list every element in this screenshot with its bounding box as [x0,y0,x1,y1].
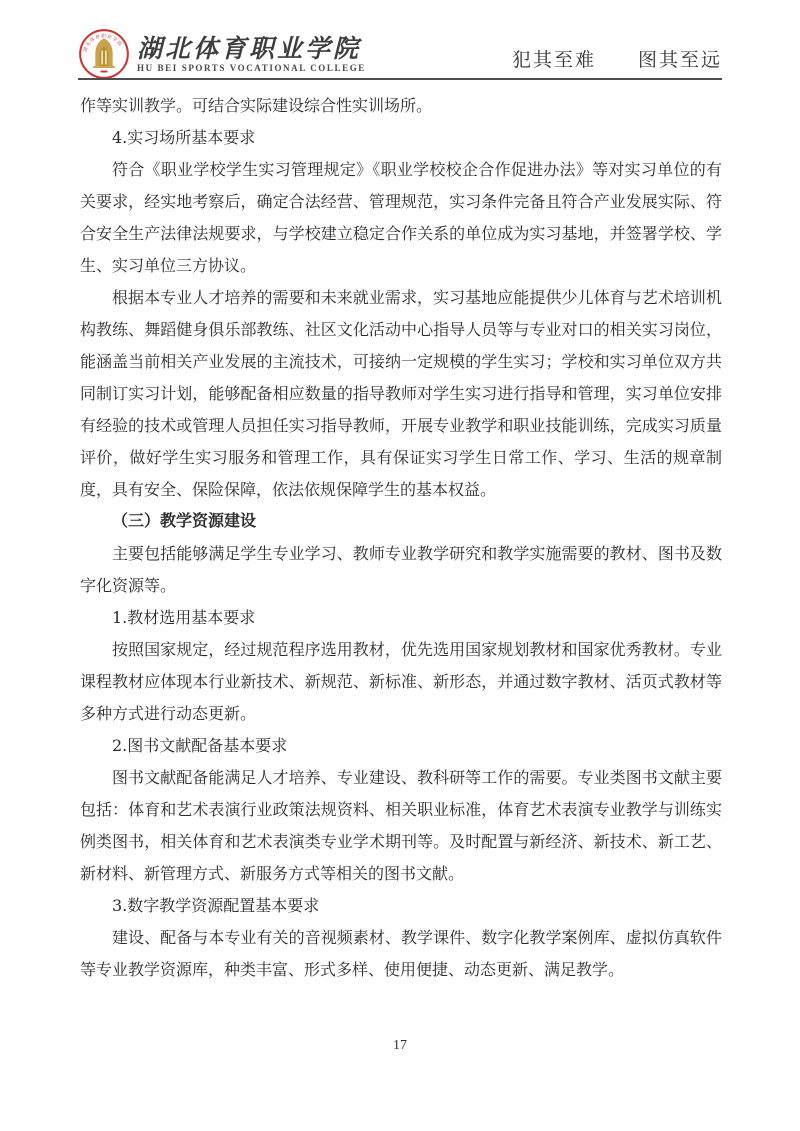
college-title-block: 湖北体育职业学院 HU BEI SPORTS VOCATIONAL COLLEG… [137,35,366,73]
paragraph-paragraph: 符合《职业学校学生实习管理规定》《职业学校校企合作促进办法》等对实习单位的有关要… [80,154,722,282]
page-header: 湖北体育职业学院 湖北体育职业学院 HU BEI SPORTS VOCATION… [78,28,722,78]
page-footer: 17 [0,1038,800,1054]
paragraph-continuation: 作等实训教学。可结合实际建设综合性实训场所。 [80,90,722,122]
paragraph-paragraph: 建设、配备与本专业有关的音视频素材、教学课件、数字化教学案例库、虚拟仿真软件等专… [80,922,722,986]
paragraph-paragraph: 根据本专业人才培养的需要和未来就业需求，实习基地应能提供少儿体育与艺术培训机构教… [80,282,722,506]
paragraph-subheading: 2.图书文献配备基本要求 [80,730,722,762]
paragraph-paragraph: 主要包括能够满足学生专业学习、教师专业教学研究和教学实施需要的教材、图书及数字化… [80,538,722,602]
paragraph-subheading: 3.数字教学资源配置基本要求 [80,890,722,922]
paragraph-paragraph: 按照国家规定，经过规范程序选用教材，优先选用国家规划教材和国家优秀教材。专业课程… [80,634,722,730]
paragraph-subheading: 4.实习场所基本要求 [80,122,722,154]
paragraph-heading-bold: （三）教学资源建设 [80,506,722,538]
document-page: 湖北体育职业学院 湖北体育职业学院 HU BEI SPORTS VOCATION… [0,0,800,1131]
college-seal-icon: 湖北体育职业学院 [78,28,130,80]
college-name-english: HU BEI SPORTS VOCATIONAL COLLEGE [137,63,366,73]
college-motto: 犯其至难 图其至远 [512,45,722,72]
college-brand: 湖北体育职业学院 湖北体育职业学院 HU BEI SPORTS VOCATION… [78,28,366,80]
page-number: 17 [393,1038,407,1053]
paragraph-subheading: 1.教材选用基本要求 [80,602,722,634]
header-divider-rule [78,78,722,80]
college-name: 湖北体育职业学院 [137,35,366,63]
document-body: 作等实训教学。可结合实际建设综合性实训场所。4.实习场所基本要求符合《职业学校学… [80,90,722,986]
paragraph-paragraph: 图书文献配备能满足人才培养、专业建设、教科研等工作的需要。专业类图书文献主要包括… [80,762,722,890]
